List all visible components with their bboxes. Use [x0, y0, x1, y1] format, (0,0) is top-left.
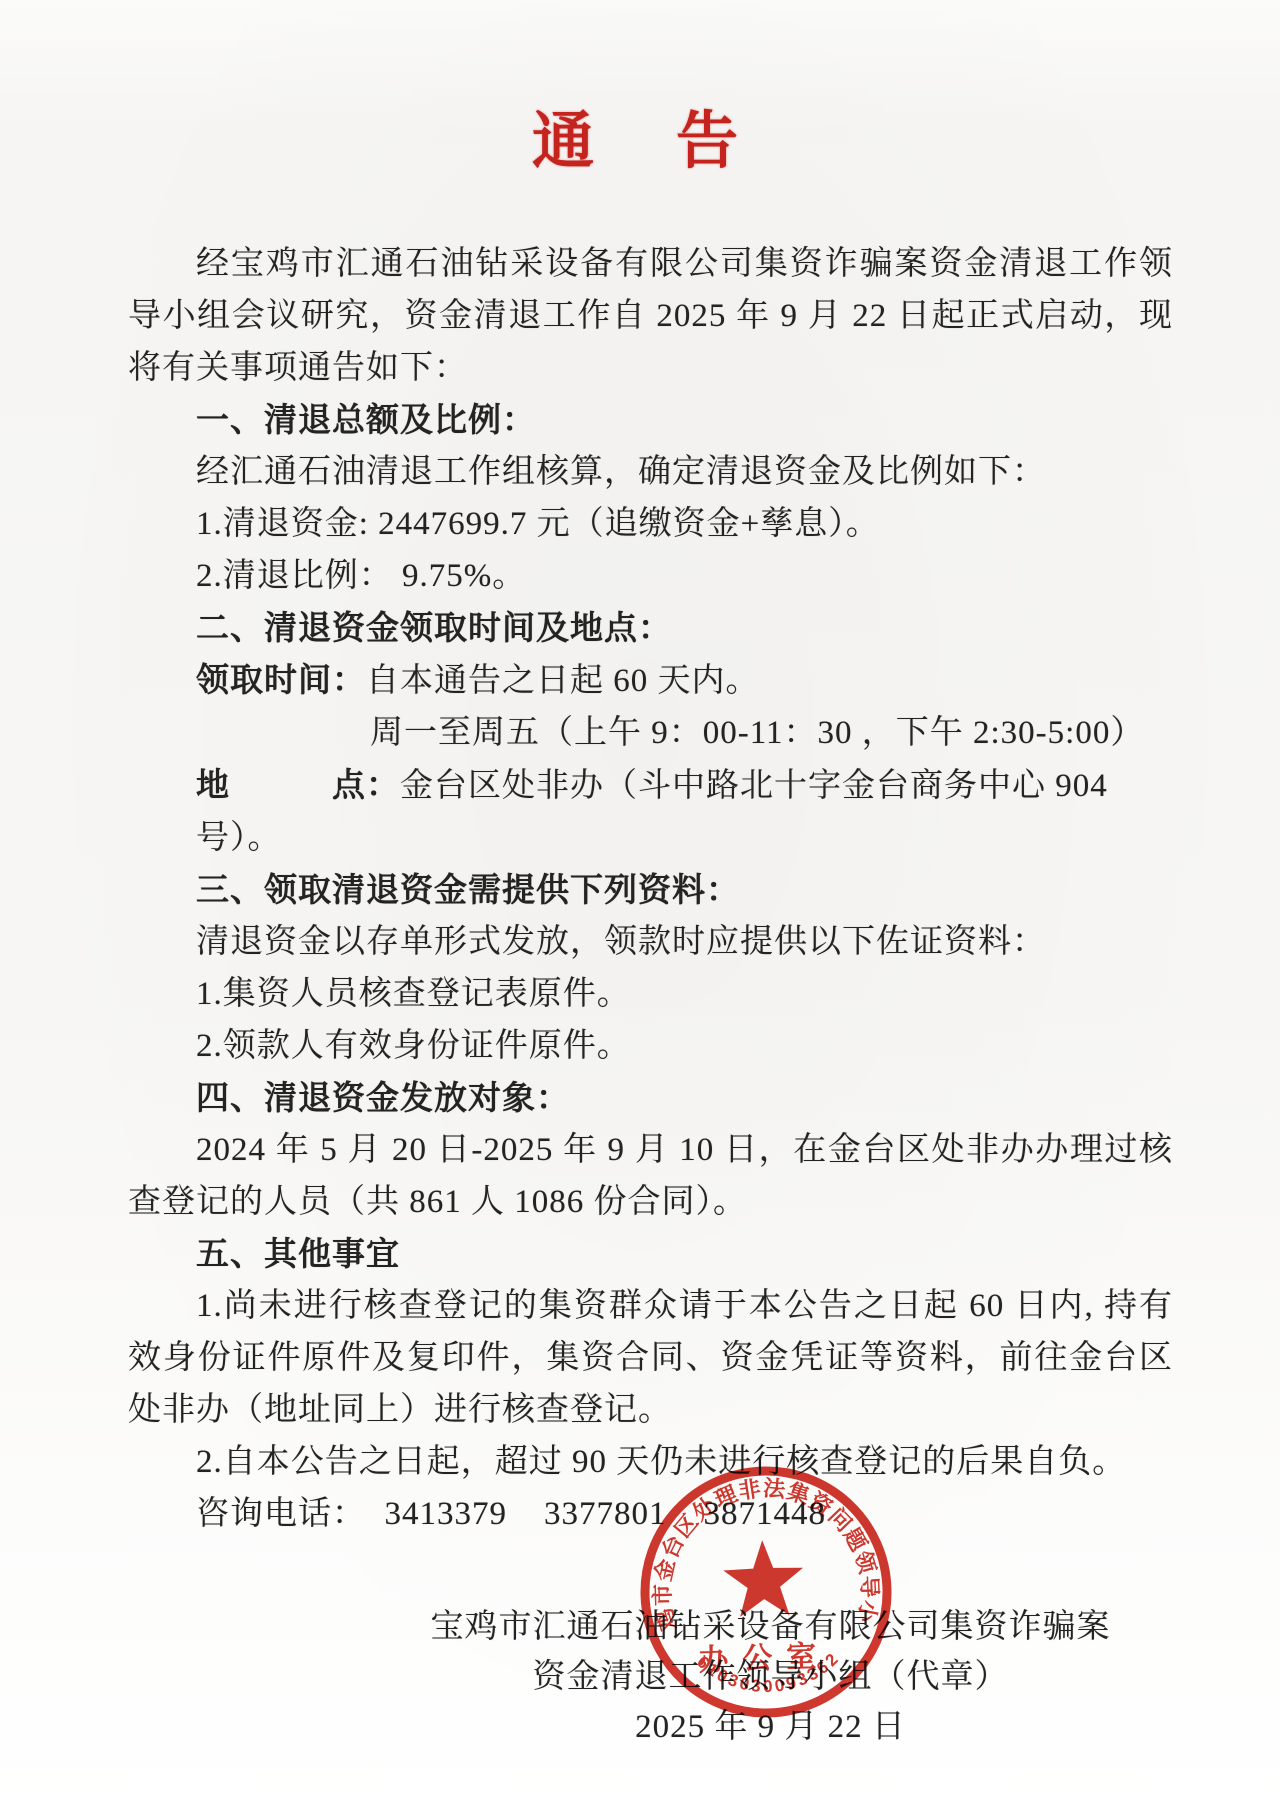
section-5-heading: 五、其他事宜 [128, 1228, 1173, 1280]
notice-line-22: 处非办（地址同上）进行核查登记。 [128, 1384, 1173, 1436]
seal-arc-text: 宝鸡市金台区处理非法集资问题领导小组 [632, 1458, 884, 1636]
pickup-place-line: 地 点：金台区处非办（斗中路北十字金台商务中心 904 号）。 [128, 759, 1173, 864]
notice-line-2: 导小组会议研究，资金清退工作自 2025 年 9 月 22 日起正式启动，现 [128, 290, 1173, 342]
pickup-place-label: 地 点： [196, 766, 400, 803]
notice-line-17: 2024 年 5 月 20 日-2025 年 9 月 10 日，在金台区处非办办… [128, 1124, 1173, 1176]
notice-line-18: 查登记的人员（共 861 人 1086 份合同）。 [128, 1176, 1173, 1228]
notice-document: 通 告 经宝鸡市汇通石油钻采设备有限公司集资诈骗案资金清退工作领 导小组会议研究… [0, 0, 1280, 1813]
notice-line-5: 经汇通石油清退工作组核算，确定清退资金及比例如下： [128, 446, 1173, 498]
section-4-heading: 四、清退资金发放对象： [128, 1072, 1173, 1124]
pickup-time-value: 自本通告之日起 60 天内。 [366, 663, 760, 699]
notice-body: 经宝鸡市汇通石油钻采设备有限公司集资诈骗案资金清退工作领 导小组会议研究，资金清… [128, 238, 1173, 1540]
section-3-heading: 三、领取清退资金需提供下列资料： [128, 864, 1173, 916]
notice-line-15: 2.领款人有效身份证件原件。 [128, 1020, 1173, 1072]
notice-line-1: 经宝鸡市汇通石油钻采设备有限公司集资诈骗案资金清退工作领 [128, 238, 1173, 290]
notice-line-21: 效身份证件原件及复印件，集资合同、资金凭证等资料，前往金台区 [128, 1332, 1173, 1384]
official-seal-stamp: 宝鸡市金台区处理非法集资问题领导小组 办公室 6103030093362 [632, 1458, 901, 1727]
notice-line-20: 1.尚未进行核查登记的集资群众请于本公告之日起 60 日内, 持有 [128, 1280, 1173, 1332]
notice-line-3: 将有关事项通告如下： [128, 342, 1173, 394]
pickup-time-line: 领取时间：自本通告之日起 60 天内。 [128, 654, 1173, 707]
seal-arc-textpath: 宝鸡市金台区处理非法集资问题领导小组 [632, 1458, 884, 1636]
notice-line-13: 清退资金以存单形式发放，领款时应提供以下佐证资料： [128, 916, 1173, 968]
pickup-time-label: 领取时间： [196, 661, 366, 698]
section-1-heading: 一、清退总额及比例： [128, 394, 1173, 446]
star-icon [722, 1539, 804, 1618]
refund-amount-line: 1.清退资金: 2447699.7 元（追缴资金+孳息）。 [128, 498, 1173, 550]
section-2-heading: 二、清退资金领取时间及地点： [128, 602, 1173, 654]
refund-ratio-line: 2.清退比例： 9.75%。 [128, 550, 1173, 602]
document-title: 通 告 [0, 0, 1280, 182]
notice-line-14: 1.集资人员核查登记表原件。 [128, 968, 1173, 1020]
pickup-hours-line: 周一至周五（上午 9：00-11：30 ，下午 2:30-5:00） [128, 707, 1173, 759]
